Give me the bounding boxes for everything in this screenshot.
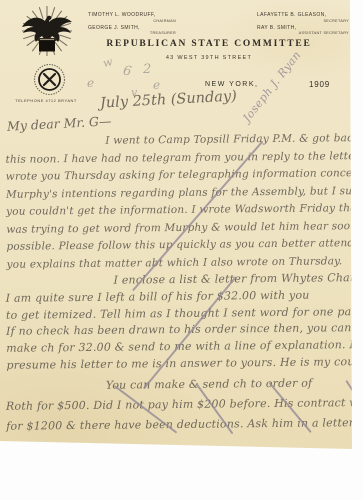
officers-left-block: TIMOTHY L. WOODRUFF, CHAIRMAN GEORGE J. … [88,12,178,37]
year-line: 1909 [309,80,330,89]
city-line: NEW YORK, [205,81,258,88]
committee-title: REPUBLICAN STATE COMMITTEE [104,39,314,49]
officer-title: SECRETARY [257,19,349,23]
officer-title: CHAIRMAN [88,19,176,23]
eagle-sunburst-emblem-icon [18,5,76,57]
handwriting-line: presume his letter to me is in answer to… [6,354,347,374]
officer-name: GEORGE J. SMITH, [88,25,178,31]
pencil-mark: 6 [122,63,133,79]
paragraph-3: You can make & send ch to order ofRoth f… [6,373,348,437]
salutation: My dear Mr. G— [7,113,112,133]
officer-title: TREASURER [88,31,176,35]
paragraph-2: I enclose a list & letter from Whytes Ch… [5,270,347,374]
paragraph-1: I went to Camp Topsill Friday P.M. & got… [5,130,347,274]
pencil-mark: e [153,78,160,92]
letter-paper: TELEPHONE 4712 BRYANT TIMOTHY L. WOODRUF… [0,0,353,452]
pencil-mark: e [87,76,94,90]
officer-title: ASSISTANT SECRETARY [257,31,349,35]
officers-right-block: LAFAYETTE B. GLEASON, SECRETARY RAY B. S… [257,12,351,37]
officer-name: TIMOTHY L. WOODRUFF, [88,12,178,18]
telephone-line: TELEPHONE 4712 BRYANT [8,98,84,103]
scanned-letter: TELEPHONE 4712 BRYANT TIMOTHY L. WOODRUF… [0,0,363,500]
pencil-mark: 2 [143,62,151,77]
officer-name: RAY B. SMITH, [257,25,351,31]
pencil-mark: w [101,55,113,70]
ballot-x-circle-icon [33,63,66,96]
officer-name: LAFAYETTE B. GLEASON, [257,12,351,18]
